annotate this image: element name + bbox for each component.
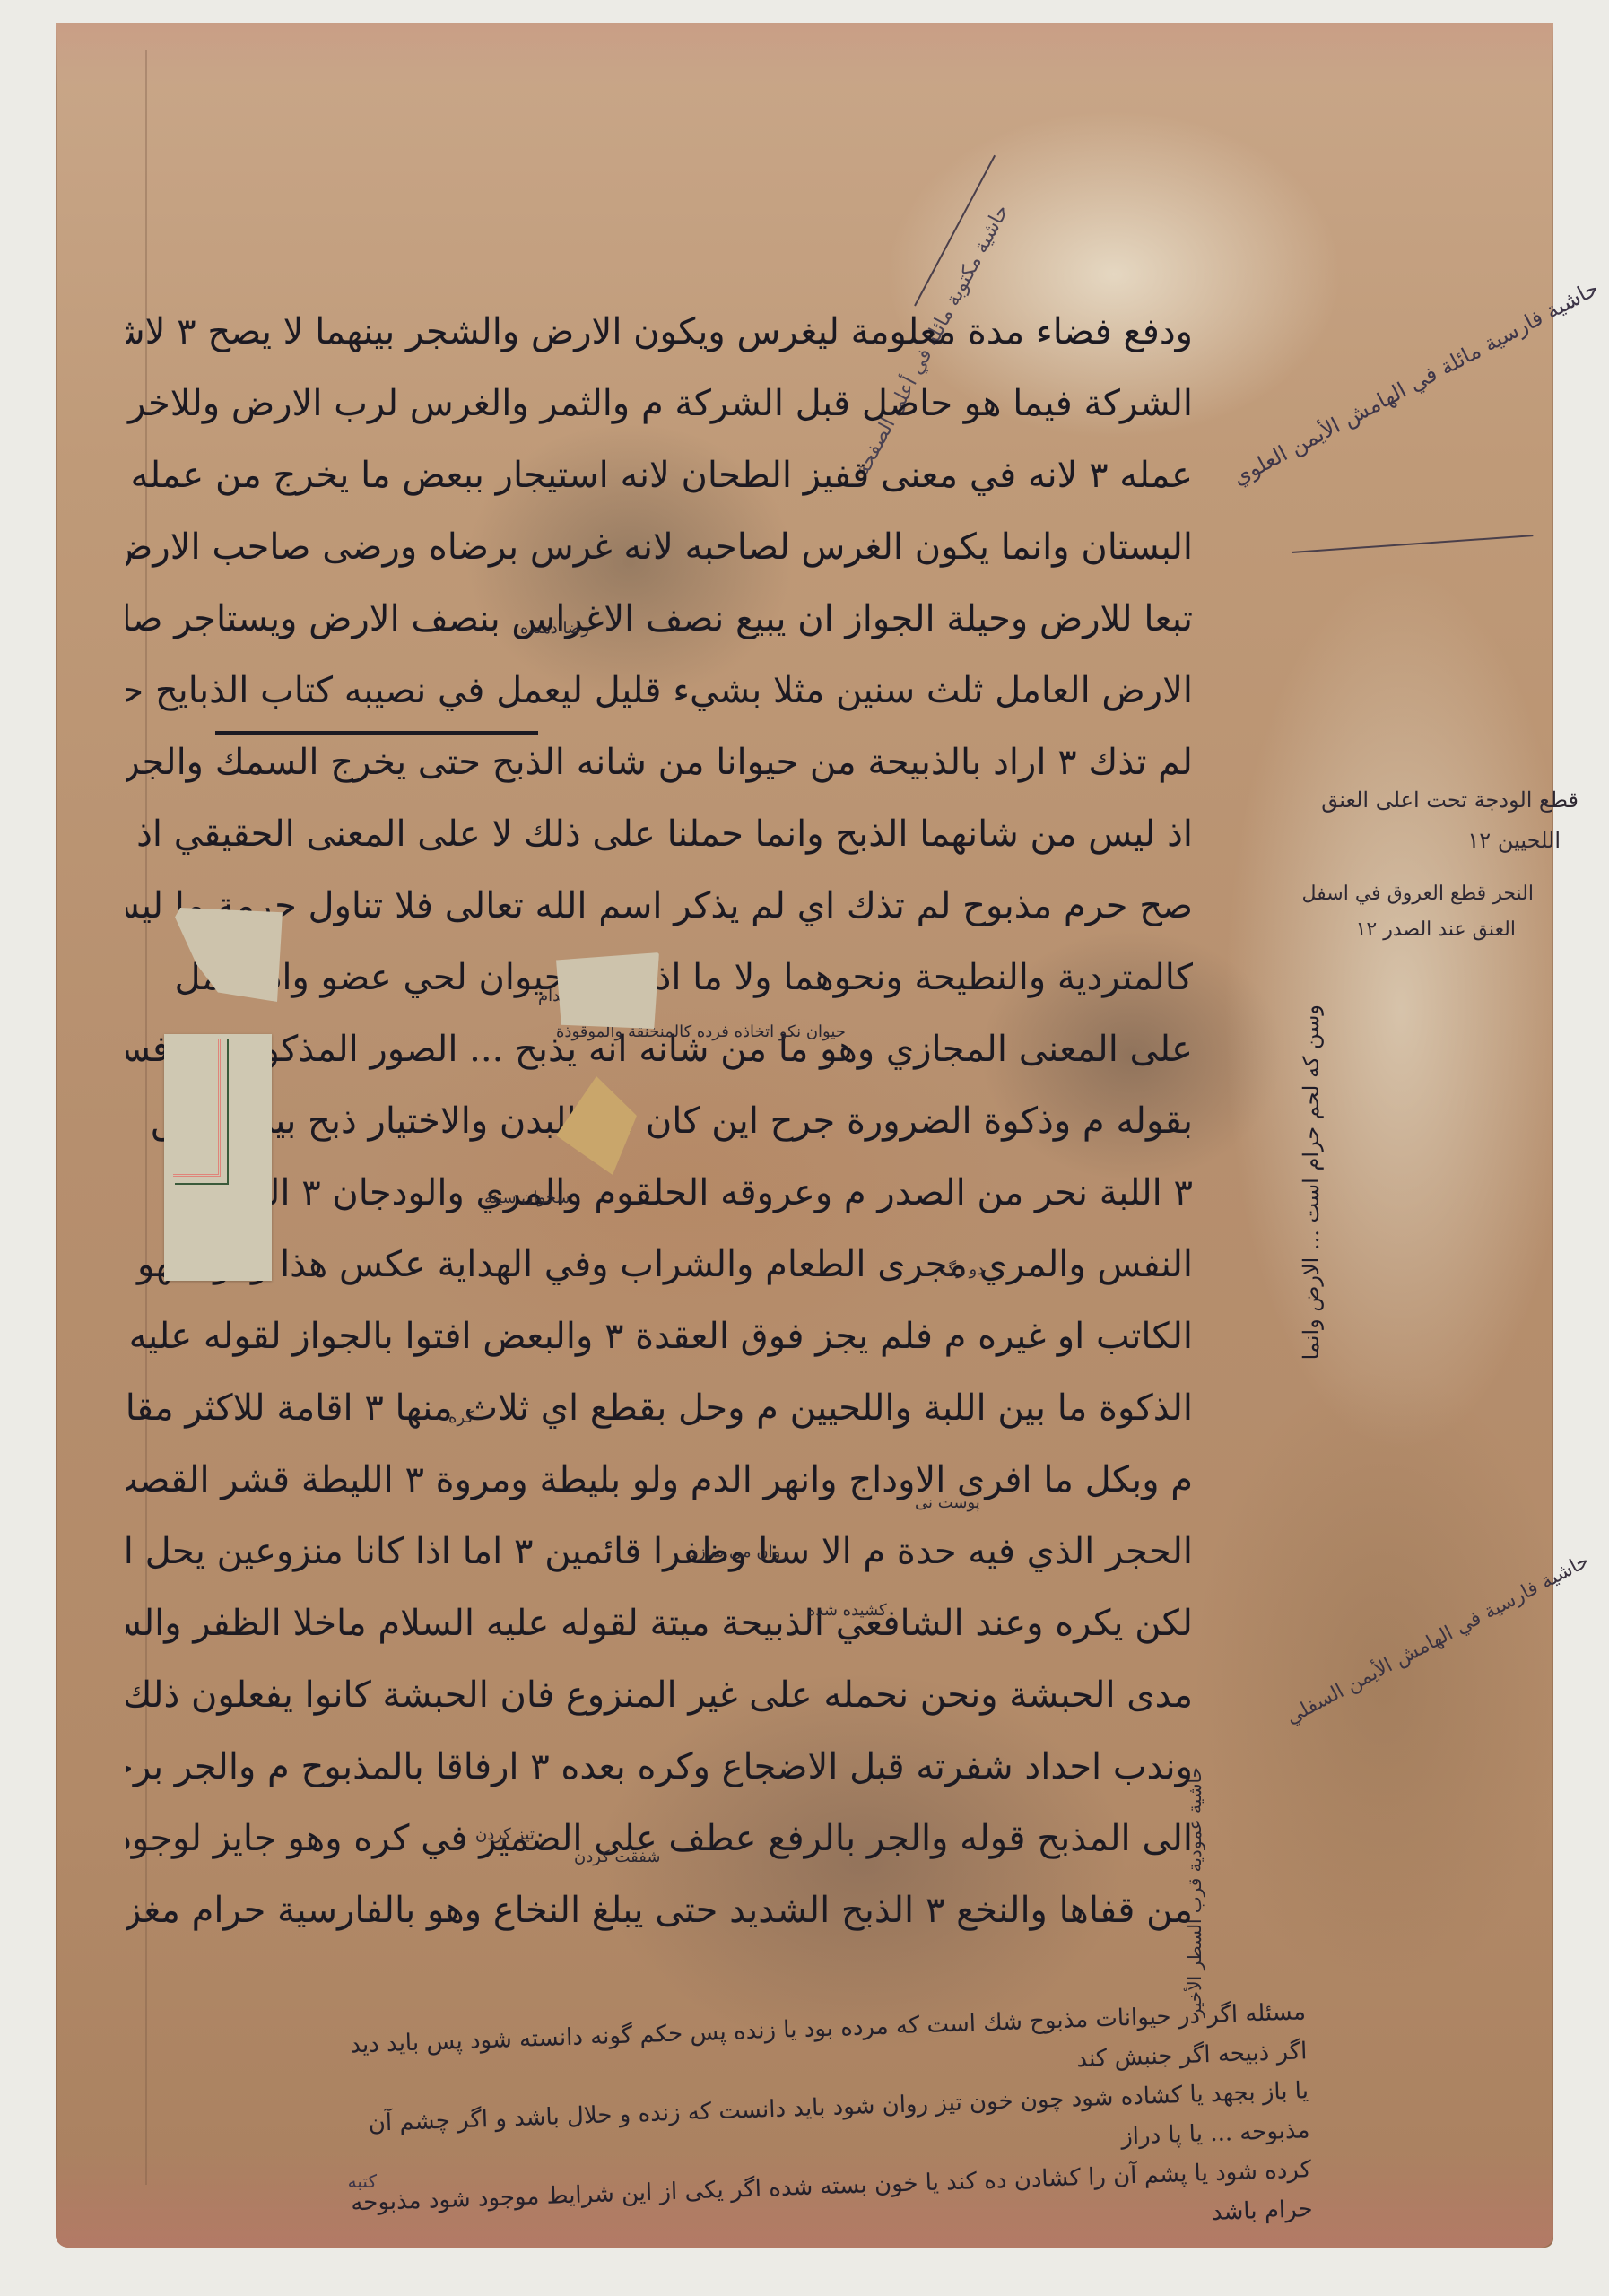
gloss: كره [448, 1408, 474, 1427]
text-line-8: اذ ليس من شانهما الذبح وانما حملنا على ذ… [126, 798, 1193, 870]
gloss: روان مى سازد [691, 1543, 788, 1561]
text-line-4: البستان وانما يكون الغرس لصاحبه لانه غرس… [126, 511, 1193, 583]
gloss: رضا دهنده [520, 619, 589, 638]
gloss: پوست نی [915, 1493, 980, 1512]
paper-repair-patch-2 [556, 952, 659, 1029]
gloss: دو رگ [942, 1260, 984, 1279]
margin-note-right-3: النحر قطع العروق في اسفل [1238, 874, 1534, 914]
text-line-13: ٣ اللبة نحر من الصدر م وعروقه الحلقوم وا… [126, 1157, 1193, 1229]
page-top-edge [56, 23, 1553, 86]
label-green-rule [175, 1039, 229, 1185]
text-line-3: عمله ٣ لانه في معنى قفيز الطحان لانه است… [126, 439, 1193, 511]
bottom-note: مسئله اگر در حيوانات مذبوح شك است كه مرد… [337, 1992, 1314, 2263]
text-line-9: صح حرم مذبوح لم تذك اي لم يذكر اسم الله … [126, 870, 1193, 942]
text-line-23: من قفاها والنخع ٣ الذبح الشديد حتى يبلغ … [126, 1874, 1193, 1946]
gloss: كشيده شده [807, 1601, 887, 1620]
text-line-16: الذكوة ما بين اللبة واللحيين م وحل بقطع … [126, 1372, 1193, 1444]
text-line-20: مدى الحبشة ونحن نحمله على غير المنزوع فا… [126, 1659, 1193, 1731]
text-line-5: تبعا للارض وحيلة الجواز ان يبيع نصف الاغ… [126, 583, 1193, 655]
margin-note-right-vertical: وسن كه لحم حرام است ... الارض وانما [1292, 1004, 1331, 1417]
text-line-1: ودفع فضاء مدة معلومة ليغرس ويكون الارض و… [126, 296, 1193, 368]
margin-note-right-2: اللحيين ١٢ [1363, 821, 1561, 860]
text-line-18: الحجر الذي فيه حدة م الا سنا وظفرا قائمي… [126, 1516, 1193, 1587]
text-line-10: كالمتردية والنطيحة ونحوهما ولا ما اذا ..… [126, 942, 1193, 1013]
text-line-19: لكن يكره وعند الشافعي الذبيحة ميتة لقوله… [126, 1587, 1193, 1659]
bottom-signature: كتبه [305, 2161, 377, 2201]
text-line-6: الارض العامل ثلث سنين مثلا بشيء قليل ليع… [126, 655, 1193, 726]
margin-note-right-4: العنق عند الصدر ١٢ [1247, 910, 1516, 950]
heading-overline [215, 731, 538, 735]
text-line-7: لم تذك ٣ اراد بالذبيحة من حيوانا من شانه… [126, 726, 1193, 798]
margin-note-right-1: قطع الودجة تحت اعلى العنق [1256, 780, 1579, 820]
text-line-2: الشركة فيما هو حاصل قبل الشركة م والثمر … [126, 368, 1193, 439]
gloss: تيز كردن [475, 1825, 535, 1844]
gloss: شفقت كردن [574, 1848, 660, 1866]
text-line-21: وندب احداد شفرته قبل الاضجاع وكره بعده ٣… [126, 1731, 1193, 1803]
main-text-block: ودفع فضاء مدة معلومة ليغرس ويكون الارض و… [126, 296, 1193, 1946]
text-line-14: النفس والمري مجرى الطعام والشراب وفي اله… [126, 1229, 1193, 1300]
label-strip [164, 1034, 272, 1281]
gloss: سخوان سينه [484, 1188, 570, 1207]
text-line-17: م وبكل ما افرى الاوداج وانهر الدم ولو بل… [126, 1444, 1193, 1516]
text-line-12: بقوله م وذكوة الضرورة جرح اين كان من الب… [126, 1085, 1193, 1157]
text-line-15: الكاتب او غيره م فلم يجز فوق العقدة ٣ وا… [126, 1300, 1193, 1372]
